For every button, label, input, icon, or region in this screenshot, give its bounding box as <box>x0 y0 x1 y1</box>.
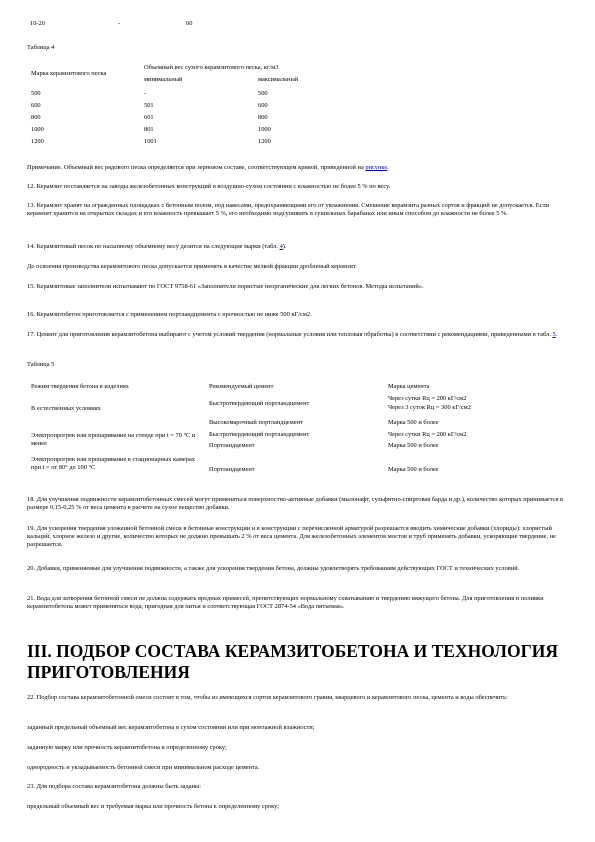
table4-cell: 800 <box>31 114 41 122</box>
table4-cell: 1001 <box>144 138 157 146</box>
table4-cell: 600 <box>31 102 41 110</box>
table4-cell: 501 <box>144 102 154 110</box>
table4-cell: 500 <box>31 90 41 98</box>
table5-mode: Электропрогрев или пропаривание на стенд… <box>31 432 201 448</box>
table5-grade: Марка 500 и более <box>388 442 439 450</box>
table5-mode: Электропрогрев или пропаривание в стацио… <box>31 456 201 472</box>
table4-cell: 1000 <box>258 126 271 134</box>
table5-cement: Портландцемент <box>209 442 255 450</box>
table5-caption: Таблица 5 <box>27 361 54 369</box>
table4-cell: 601 <box>144 114 154 122</box>
paragraph-16: 16. Керамзитобетон приготовляется с прим… <box>27 311 567 319</box>
table5-header-grade: Марка цемента <box>388 383 429 391</box>
table4-cell: 1200 <box>258 138 271 146</box>
table4-note: Примечание. Объемный вес рядового песка … <box>27 164 567 172</box>
figure-link[interactable]: рисунке <box>365 164 387 171</box>
table4-header-group: Объемный вес сухого керамзитового песка,… <box>144 64 279 72</box>
table5-cement: Быстротвердеющий портландцемент <box>209 400 309 408</box>
table5-cement: Портландцемент <box>209 466 255 474</box>
table4-cell: 600 <box>258 102 268 110</box>
paragraph-12: 12. Керамзит поставляется на заводы желе… <box>27 183 567 191</box>
table4-header-max: максимальный <box>258 76 298 84</box>
section-heading: III. ПОДБОР СОСТАВА КЕРАМЗИТОБЕТОНА И ТЕ… <box>27 641 567 683</box>
table5-grade: Марка 500 и более <box>388 466 439 474</box>
table4-cell: 1200 <box>31 138 44 146</box>
paragraph-19: 19. Для ускорения твердения уложенной бе… <box>27 525 567 549</box>
paragraph-22: 22. Подбор состава керамзитобетонной сме… <box>27 694 567 702</box>
prev-table-cell: 60 <box>186 20 192 28</box>
table5-grade: Через 3 суток Rц = 300 кГ/см2 <box>388 404 471 412</box>
paragraph-20: 20. Добавки, применяемые для улучшения п… <box>27 565 567 573</box>
table4-cell: 800 <box>258 114 268 122</box>
table4-cell: 801 <box>144 126 154 134</box>
paragraph-15: 15. Керамзитовые заполнители испытывают … <box>27 283 567 291</box>
table5-grade: Через сутки Rц = 200 кГ/см2 <box>388 431 466 439</box>
prev-table-cell: - <box>118 20 120 28</box>
table5-mode: В естественных условиях <box>31 405 101 413</box>
paragraph-22c: однородность и укладываемость бетонной с… <box>27 764 567 772</box>
table4-cell: 1000 <box>31 126 44 134</box>
paragraph-23a: предельный объемный вес и требуемая марк… <box>27 803 567 811</box>
table4-header-grade: Марка керамзитового песка <box>31 70 106 78</box>
paragraph-21: 21. Вода для затворения бетонной смеси н… <box>27 595 567 611</box>
table4-cell: - <box>144 90 146 98</box>
paragraph-13: 13. Керамзит хранят на огражденных площа… <box>27 202 567 218</box>
table5-cement: Высокомарочный портландцемент <box>209 419 303 427</box>
table5-header-mode: Режим твердения бетона в изделиях <box>31 383 129 391</box>
paragraph-22b: заданную марку или прочность керамзитобе… <box>27 744 567 752</box>
table4-cell: 500 <box>258 90 268 98</box>
paragraph-14: 14. Керамзитовый песок по насыпному объе… <box>27 243 567 251</box>
table4-caption: Таблица 4 <box>27 44 54 52</box>
paragraph-22a: заданный предельный объемный вес керамзи… <box>27 724 567 732</box>
paragraph-18: 18. Для улучшения подвижности керамзитоб… <box>27 496 567 512</box>
prev-table-cell: 10-20 <box>30 20 45 28</box>
paragraph-23: 23. Для подбора состава керамзитобетона … <box>27 783 567 791</box>
paragraph-17: 17. Цемент для приготовления керамзитобе… <box>27 331 567 339</box>
table5-header-cement: Рекомендуемый цемент <box>209 383 273 391</box>
paragraph-14b: До освоения производства керамзитового п… <box>27 263 567 271</box>
table5-cement: Быстротвердеющий портландцемент <box>209 431 309 439</box>
table5-grade: Через сутки Rц = 200 кГ/см2 <box>388 395 466 403</box>
table4-header-min: минимальный <box>144 76 182 84</box>
table5-grade: Марка 500 и более <box>388 419 439 427</box>
